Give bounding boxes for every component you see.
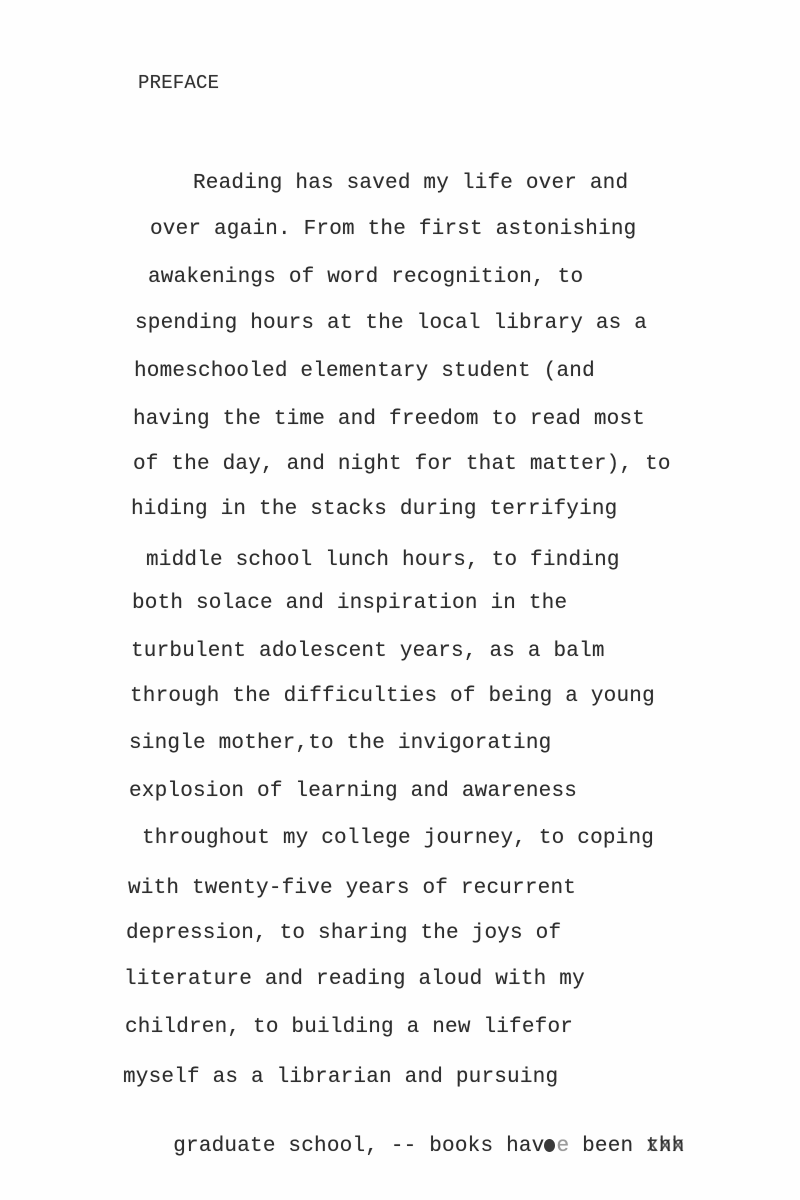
paragraph-line: through the difficulties of being a youn…	[130, 685, 655, 709]
ink-blot	[544, 1139, 555, 1152]
faint-letter: e	[556, 1135, 569, 1158]
paragraph-line: middle school lunch hours, to finding	[146, 549, 620, 573]
last-line-text: graduate school, -- books hav	[173, 1135, 544, 1158]
paragraph-line: children, to building a new lifefor	[125, 1016, 573, 1040]
paragraph-line: over again. From the first astonishing	[150, 218, 636, 242]
paragraph-last-line: graduate school, -- books have been xxxt…	[122, 1111, 685, 1183]
paragraph-line: homeschooled elementary student (and	[134, 360, 595, 384]
paragraph-line: of the day, and night for that matter), …	[133, 453, 671, 477]
paragraph-line: both solace and inspiration in the	[132, 592, 567, 616]
paragraph-line: Reading has saved my life over and	[193, 172, 628, 196]
overtyped-layer-b: xxx	[646, 1135, 684, 1159]
paragraph-line: literature and reading aloud with my	[124, 968, 585, 992]
paragraph-line: spending hours at the local library as a	[135, 312, 647, 336]
last-line-middle: been	[569, 1135, 646, 1158]
paragraph-line: turbulent adolescent years, as a balm	[131, 640, 605, 664]
paragraph-line: single mother,to the invigorating	[129, 732, 551, 756]
paragraph-line: hiding in the stacks during terrifying	[131, 498, 617, 522]
paragraph-line: awakenings of word recognition, to	[148, 266, 583, 290]
paragraph-line: having the time and freedom to read most	[133, 408, 645, 432]
paragraph-line: explosion of learning and awareness	[129, 780, 577, 804]
page-heading: PREFACE	[138, 72, 219, 94]
paragraph-line: myself as a librarian and pursuing	[123, 1066, 558, 1090]
paragraph-line: throughout my college journey, to coping	[142, 827, 654, 851]
paragraph-line: with twenty-five years of recurrent	[128, 877, 576, 901]
overtyped-word: xxxthhxxx	[646, 1135, 684, 1159]
typed-page: PREFACE Reading has saved my life over a…	[0, 0, 800, 1200]
paragraph-line: depression, to sharing the joys of	[126, 922, 561, 946]
